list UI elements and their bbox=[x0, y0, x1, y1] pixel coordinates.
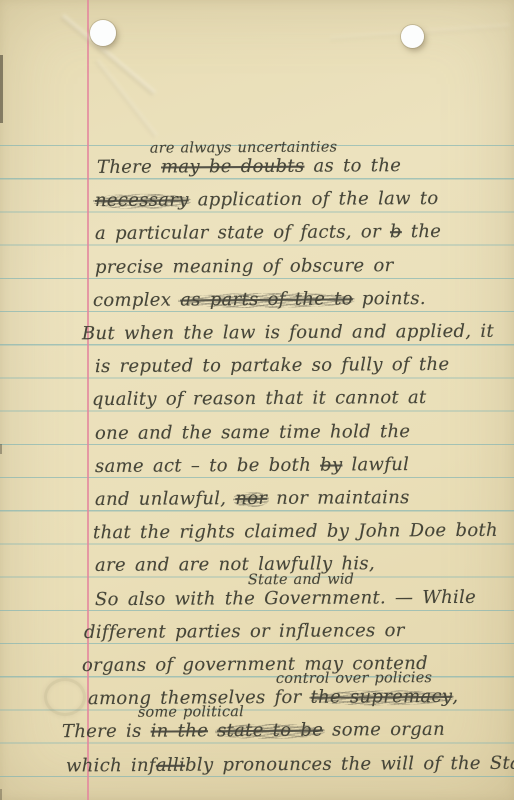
handwritten-text: complex bbox=[93, 289, 180, 311]
handwriting-line: complex as parts of the to points. bbox=[93, 287, 426, 313]
handwriting-layer: are always uncertaintiesThere may be dou… bbox=[0, 0, 514, 800]
handwritten-text: precise meaning of obscure or bbox=[95, 255, 394, 278]
handwritten-text: some organ bbox=[323, 719, 445, 741]
handwritten-text: one and the same time hold the bbox=[95, 421, 410, 444]
handwritten-text: quality of reason that it cannot at bbox=[92, 387, 427, 410]
scanned-manuscript-page: are always uncertaintiesThere may be dou… bbox=[0, 0, 514, 800]
scribbled-out-text: as parts of the to bbox=[180, 288, 353, 310]
handwritten-text: different parties or influences or bbox=[84, 620, 405, 643]
handwriting-line: which infallibly pronounces the will of … bbox=[66, 751, 514, 778]
handwriting-line: one and the same time hold the bbox=[95, 420, 410, 446]
handwriting-line: precise meaning of obscure or bbox=[95, 254, 394, 280]
handwritten-text: and unlawful, bbox=[95, 488, 235, 510]
handwritten-text: lawful bbox=[342, 454, 409, 475]
handwriting-line: State and widSo also with the Government… bbox=[95, 585, 476, 611]
handwriting-line: are always uncertaintiesThere may be dou… bbox=[97, 154, 401, 180]
handwritten-text: There is bbox=[62, 721, 151, 743]
handwriting-line: different parties or influences or bbox=[84, 619, 405, 645]
handwritten-text: as to the bbox=[304, 155, 401, 177]
handwriting-line: some politicalThere is in the state to b… bbox=[62, 718, 445, 744]
handwritten-text: which inf bbox=[66, 755, 156, 777]
handwriting-line: quality of reason that it cannot at bbox=[92, 386, 427, 412]
struck-text: in the bbox=[151, 721, 208, 742]
handwriting-line: that the rights claimed by John Doe both bbox=[93, 519, 498, 545]
handwriting-line: necessary application of the law to bbox=[95, 187, 439, 213]
struck-text: by bbox=[320, 454, 342, 475]
handwritten-text: a particular state of facts, or bbox=[95, 222, 390, 245]
handwritten-text: is reputed to partake so fully of the bbox=[95, 354, 449, 377]
handwriting-line: and unlawful, nor nor maintains bbox=[95, 486, 410, 512]
handwritten-text: So also with the Government. — While bbox=[95, 586, 476, 609]
struck-text: b bbox=[390, 222, 402, 243]
scribbled-out-text: the supremacy bbox=[311, 686, 453, 708]
handwritten-text: bly pronounces the will of the State. bbox=[185, 752, 514, 775]
struck-text: alli bbox=[156, 754, 185, 775]
handwriting-line: is reputed to partake so fully of the bbox=[95, 353, 450, 379]
interline-insertion: are always uncertainties bbox=[150, 139, 338, 156]
handwritten-text: But when the law is found and applied, i… bbox=[82, 321, 494, 345]
struck-text: may be doubts bbox=[161, 156, 305, 178]
scribbled-out-text: necessary bbox=[95, 190, 189, 212]
handwritten-text: nor maintains bbox=[267, 487, 410, 509]
handwritten-text: points. bbox=[353, 288, 426, 309]
handwriting-line: But when the law is found and applied, i… bbox=[82, 320, 494, 347]
handwriting-line: a particular state of facts, or b the bbox=[95, 220, 441, 246]
scribbled-out-text: nor bbox=[235, 488, 267, 509]
interline-insertion: control over policies bbox=[276, 670, 432, 687]
handwritten-text: the bbox=[402, 221, 442, 242]
handwritten-text: There bbox=[97, 157, 161, 178]
interline-insertion: State and wid bbox=[248, 571, 354, 588]
handwritten-text: same act – to be both bbox=[95, 454, 320, 476]
handwriting-line: same act – to be both by lawful bbox=[95, 453, 409, 479]
handwritten-text: application of the law to bbox=[189, 188, 439, 211]
handwritten-text: that the rights claimed by John Doe both bbox=[93, 520, 498, 543]
scribbled-out-text: state to be bbox=[217, 720, 323, 742]
interline-insertion: some political bbox=[138, 704, 244, 721]
